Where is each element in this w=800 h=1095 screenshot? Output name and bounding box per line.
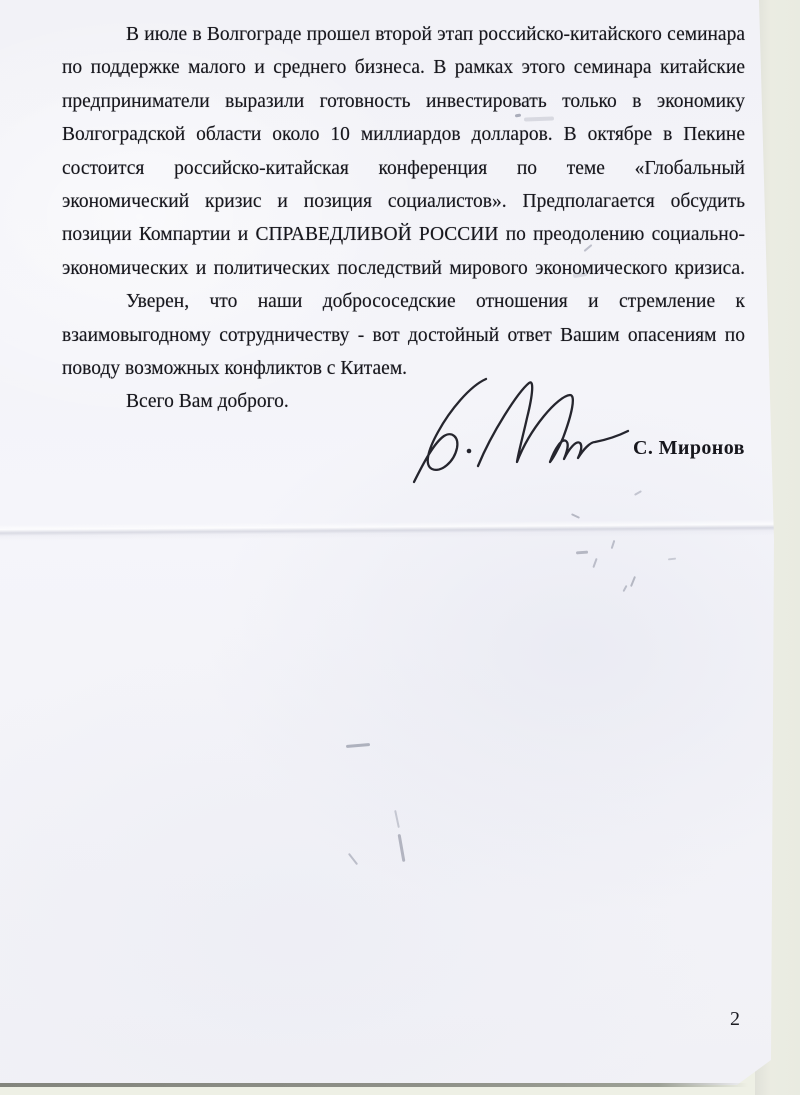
scanned-letter-page: В июле в Волгограде прошел второй этап р… <box>0 0 800 1095</box>
letter-line: Волгоградской области около 10 миллиардо… <box>62 118 745 151</box>
scan-artifact <box>348 853 358 865</box>
letter-line: по поддержке малого и среднего бизнеса. … <box>62 51 745 84</box>
letter-line: состоится российско-китайская конференци… <box>62 152 745 185</box>
scan-artifact <box>622 585 627 592</box>
scan-artifact <box>571 513 580 519</box>
scan-artifact <box>346 743 370 748</box>
scan-artifact <box>394 810 400 828</box>
letter-line: экономический кризис и позиция социалист… <box>62 185 745 218</box>
scan-artifact <box>634 490 642 496</box>
letter-line: взаимовыгодному сотрудничеству - вот дос… <box>62 319 745 352</box>
scan-artifact <box>630 576 636 587</box>
letter-line: предприниматели выразили готовность инве… <box>62 85 745 118</box>
page-bottom-edge <box>0 1083 748 1087</box>
signer-name: С. Миронов <box>633 437 745 460</box>
scan-artifact <box>668 558 676 561</box>
scan-artifact <box>398 834 405 862</box>
scan-artifact <box>611 540 616 549</box>
letter-line: экономических и политических последствий… <box>62 252 745 285</box>
paragraph: В июле в Волгограде прошел второй этап р… <box>62 18 745 285</box>
signature-scribble <box>400 370 640 490</box>
letter-body: В июле в Волгограде прошел второй этап р… <box>62 18 745 419</box>
fold-crease <box>0 519 800 541</box>
letter-line: Уверен, что наши добрососедские отношени… <box>62 285 745 318</box>
paper-sheet: В июле в Волгограде прошел второй этап р… <box>0 0 775 1085</box>
scan-artifact <box>592 558 597 568</box>
page-number: 2 <box>730 1008 740 1031</box>
scan-artifact <box>576 551 588 554</box>
letter-line: позиции Компартии и СПРАВЕДЛИВОЙ РОССИИ … <box>62 218 745 251</box>
letter-line: В июле в Волгограде прошел второй этап р… <box>62 18 745 51</box>
